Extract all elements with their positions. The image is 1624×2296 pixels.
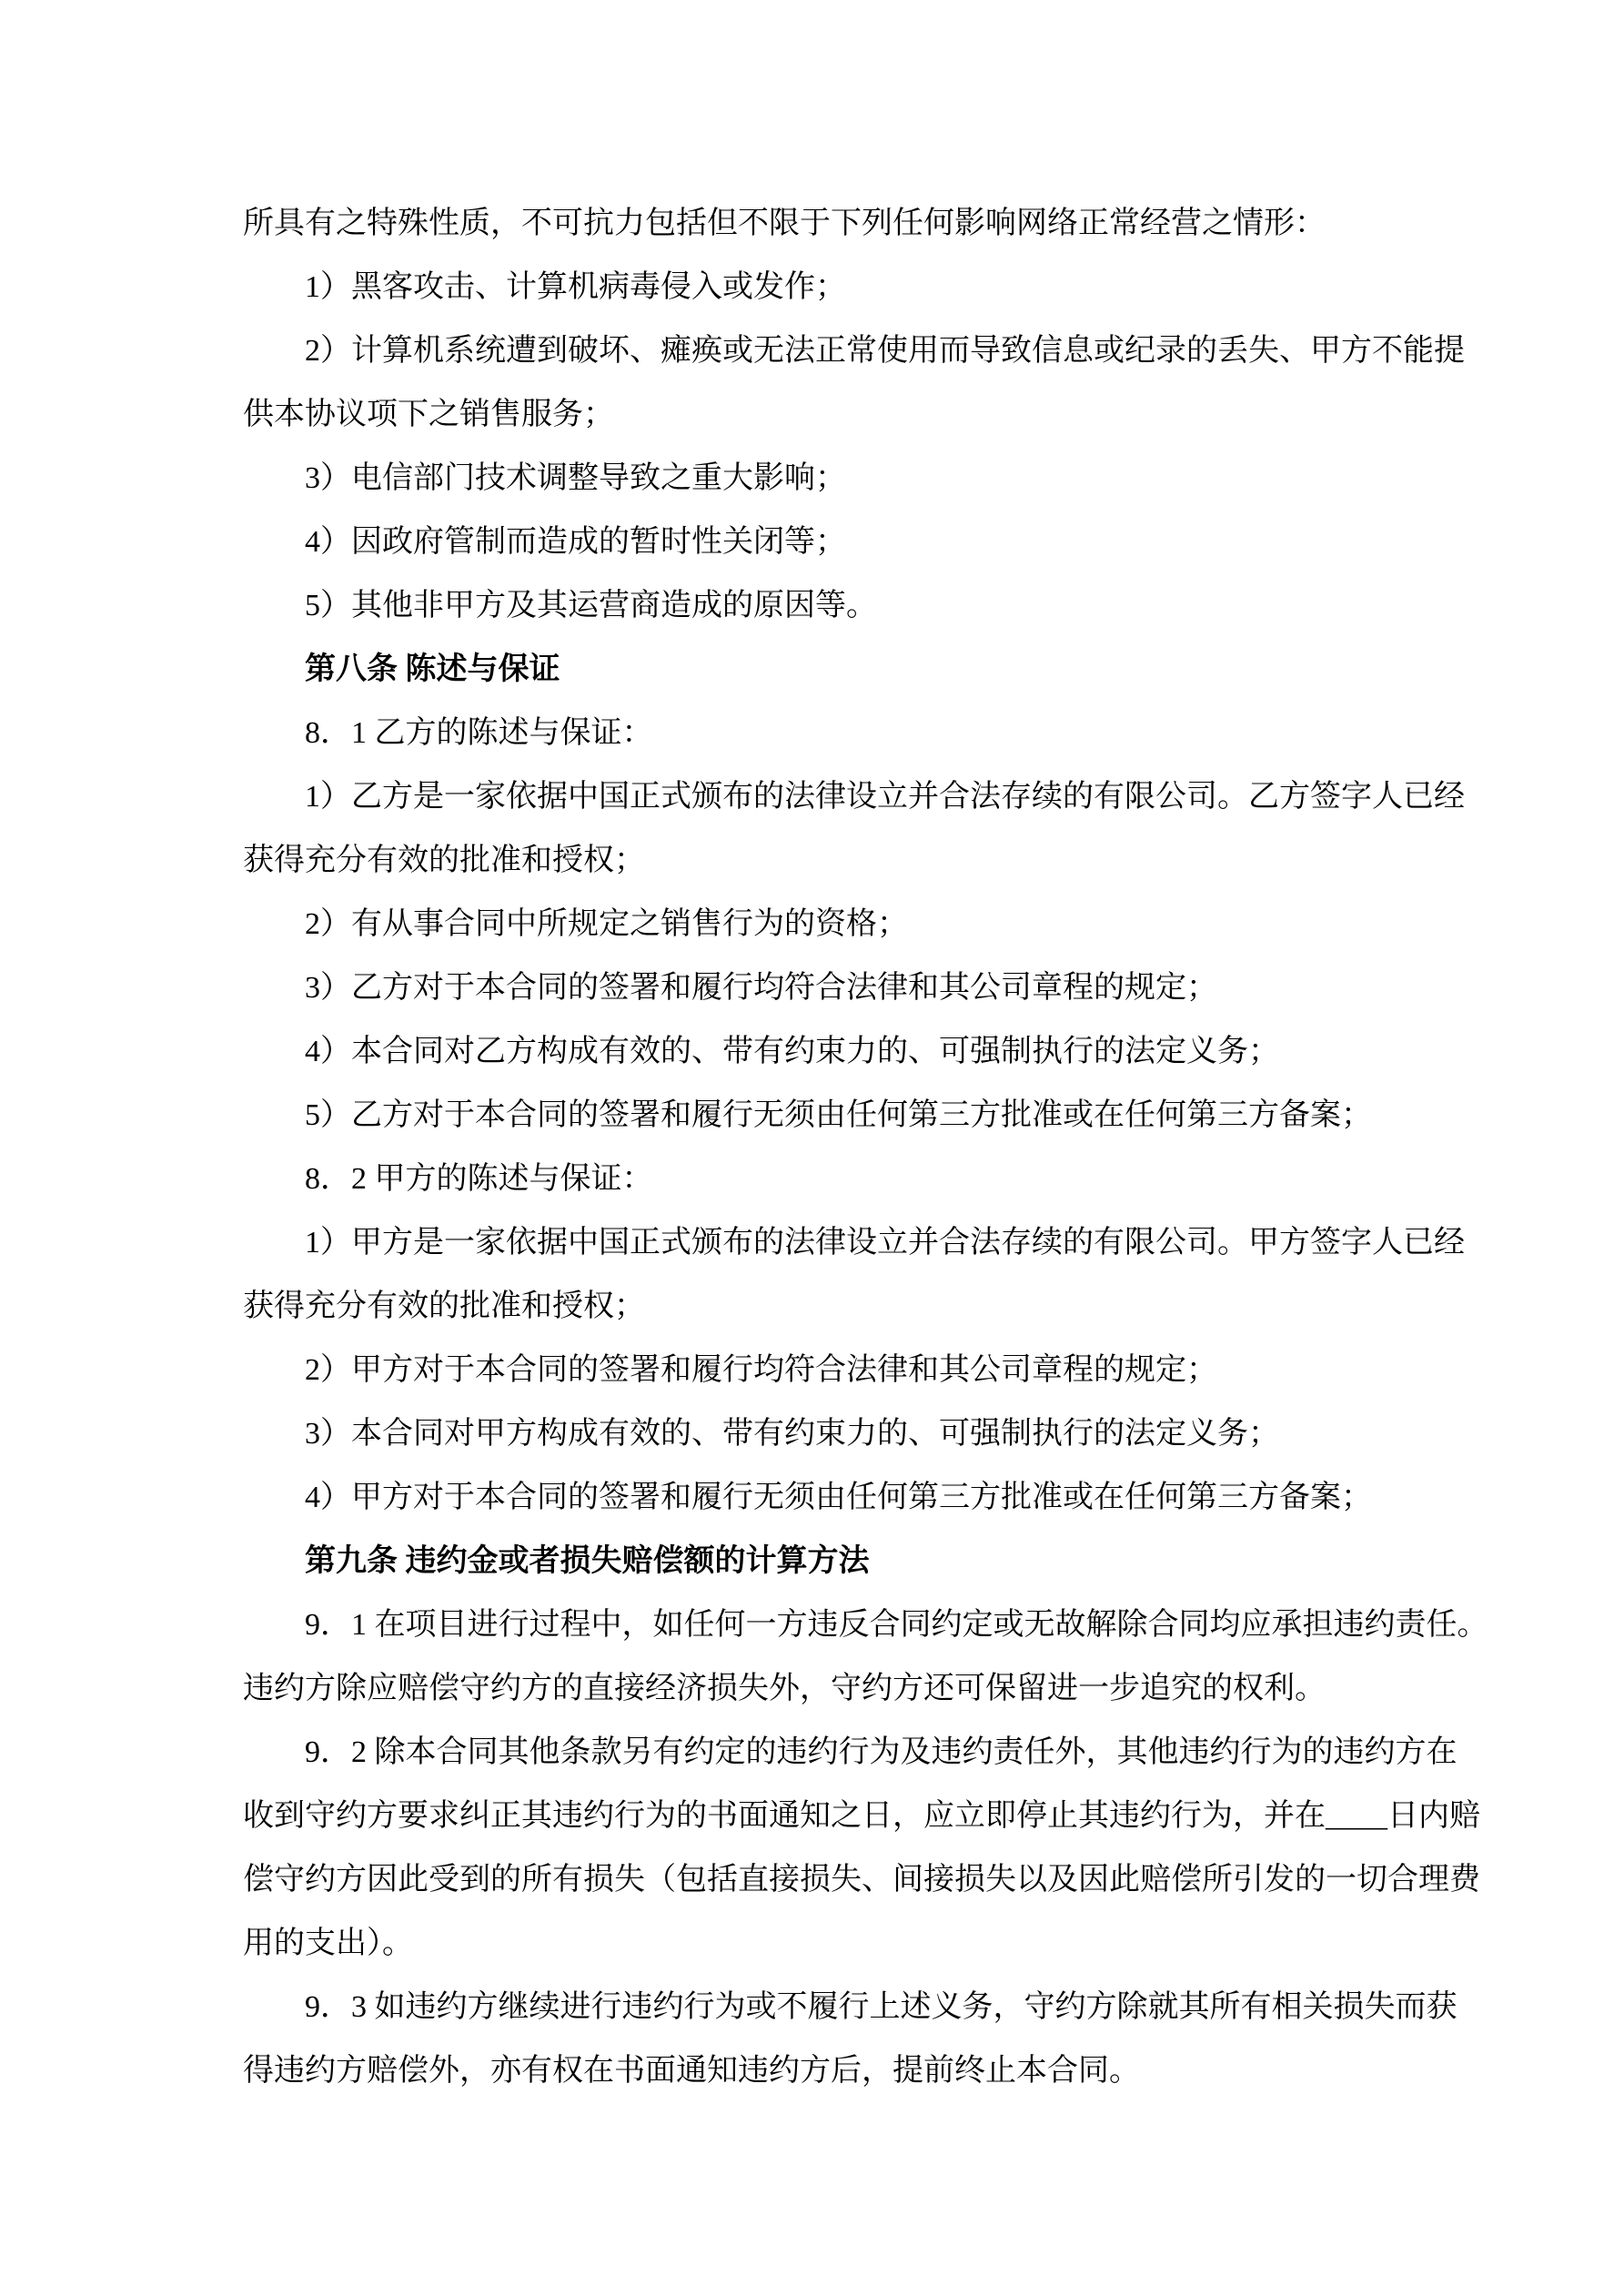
paragraph-continuation: 获得充分有效的批准和授权；	[243, 829, 1395, 893]
document-page: 所具有之特殊性质，不可抗力包括但不限于下列任何影响网络正常经营之情形： 1）黑客…	[0, 0, 1624, 2296]
list-item: 2）有从事合同中所规定之销售行为的资格；	[243, 893, 1395, 956]
list-item: 5）乙方对于本合同的签署和履行无须由任何第三方批准或在任何第三方备案；	[243, 1084, 1395, 1148]
list-item: 2）甲方对于本合同的签署和履行均符合法律和其公司章程的规定；	[243, 1339, 1395, 1402]
list-item: 3）本合同对甲方构成有效的、带有约束力的、可强制执行的法定义务；	[243, 1402, 1395, 1466]
article-8-heading: 第八条 陈述与保证	[243, 638, 1395, 702]
clause-9-1: 9．1 在项目进行过程中，如任何一方违反合同约定或无故解除合同均应承担违约责任。	[243, 1593, 1395, 1657]
paragraph-continuation: 供本协议项下之销售服务；	[243, 383, 1395, 447]
list-item: 2）计算机系统遭到破坏、瘫痪或无法正常使用而导致信息或纪录的丢失、甲方不能提	[243, 319, 1395, 383]
list-item: 3）电信部门技术调整导致之重大影响；	[243, 447, 1395, 511]
clause-8-2: 8．2 甲方的陈述与保证：	[243, 1148, 1395, 1211]
paragraph-continuation: 得违约方赔偿外，亦有权在书面通知违约方后，提前终止本合同。	[243, 2039, 1395, 2103]
clause-9-2: 9．2 除本合同其他条款另有约定的违约行为及违约责任外，其他违约行为的违约方在	[243, 1721, 1395, 1785]
list-item: 1）甲方是一家依据中国正式颁布的法律设立并合法存续的有限公司。甲方签字人已经	[243, 1211, 1395, 1275]
list-item: 3）乙方对于本合同的签署和履行均符合法律和其公司章程的规定；	[243, 956, 1395, 1020]
paragraph-continuation: 用的支出）。	[243, 1912, 1395, 1976]
list-item: 4）本合同对乙方构成有效的、带有约束力的、可强制执行的法定义务；	[243, 1020, 1395, 1084]
paragraph-continuation: 所具有之特殊性质，不可抗力包括但不限于下列任何影响网络正常经营之情形：	[243, 192, 1395, 256]
list-item: 4）因政府管制而造成的暂时性关闭等；	[243, 511, 1395, 574]
list-item: 4）甲方对于本合同的签署和履行无须由任何第三方批准或在任何第三方备案；	[243, 1466, 1395, 1530]
list-item: 1）乙方是一家依据中国正式颁布的法律设立并合法存续的有限公司。乙方签字人已经	[243, 765, 1395, 829]
list-item: 5）其他非甲方及其运营商造成的原因等。	[243, 574, 1395, 638]
list-item: 1）黑客攻击、计算机病毒侵入或发作；	[243, 256, 1395, 319]
clause-8-1: 8．1 乙方的陈述与保证：	[243, 702, 1395, 765]
paragraph-continuation-with-blank: 收到守约方要求纠正其违约行为的书面通知之日，应立即停止其违约行为，并在____日…	[243, 1785, 1395, 1848]
article-9-heading: 第九条 违约金或者损失赔偿额的计算方法	[243, 1530, 1395, 1593]
paragraph-continuation: 偿守约方因此受到的所有损失（包括直接损失、间接损失以及因此赔偿所引发的一切合理费	[243, 1848, 1395, 1912]
paragraph-continuation: 获得充分有效的批准和授权；	[243, 1275, 1395, 1339]
paragraph-continuation: 违约方除应赔偿守约方的直接经济损失外，守约方还可保留进一步追究的权利。	[243, 1657, 1395, 1721]
clause-9-3: 9．3 如违约方继续进行违约行为或不履行上述义务，守约方除就其所有相关损失而获	[243, 1976, 1395, 2039]
